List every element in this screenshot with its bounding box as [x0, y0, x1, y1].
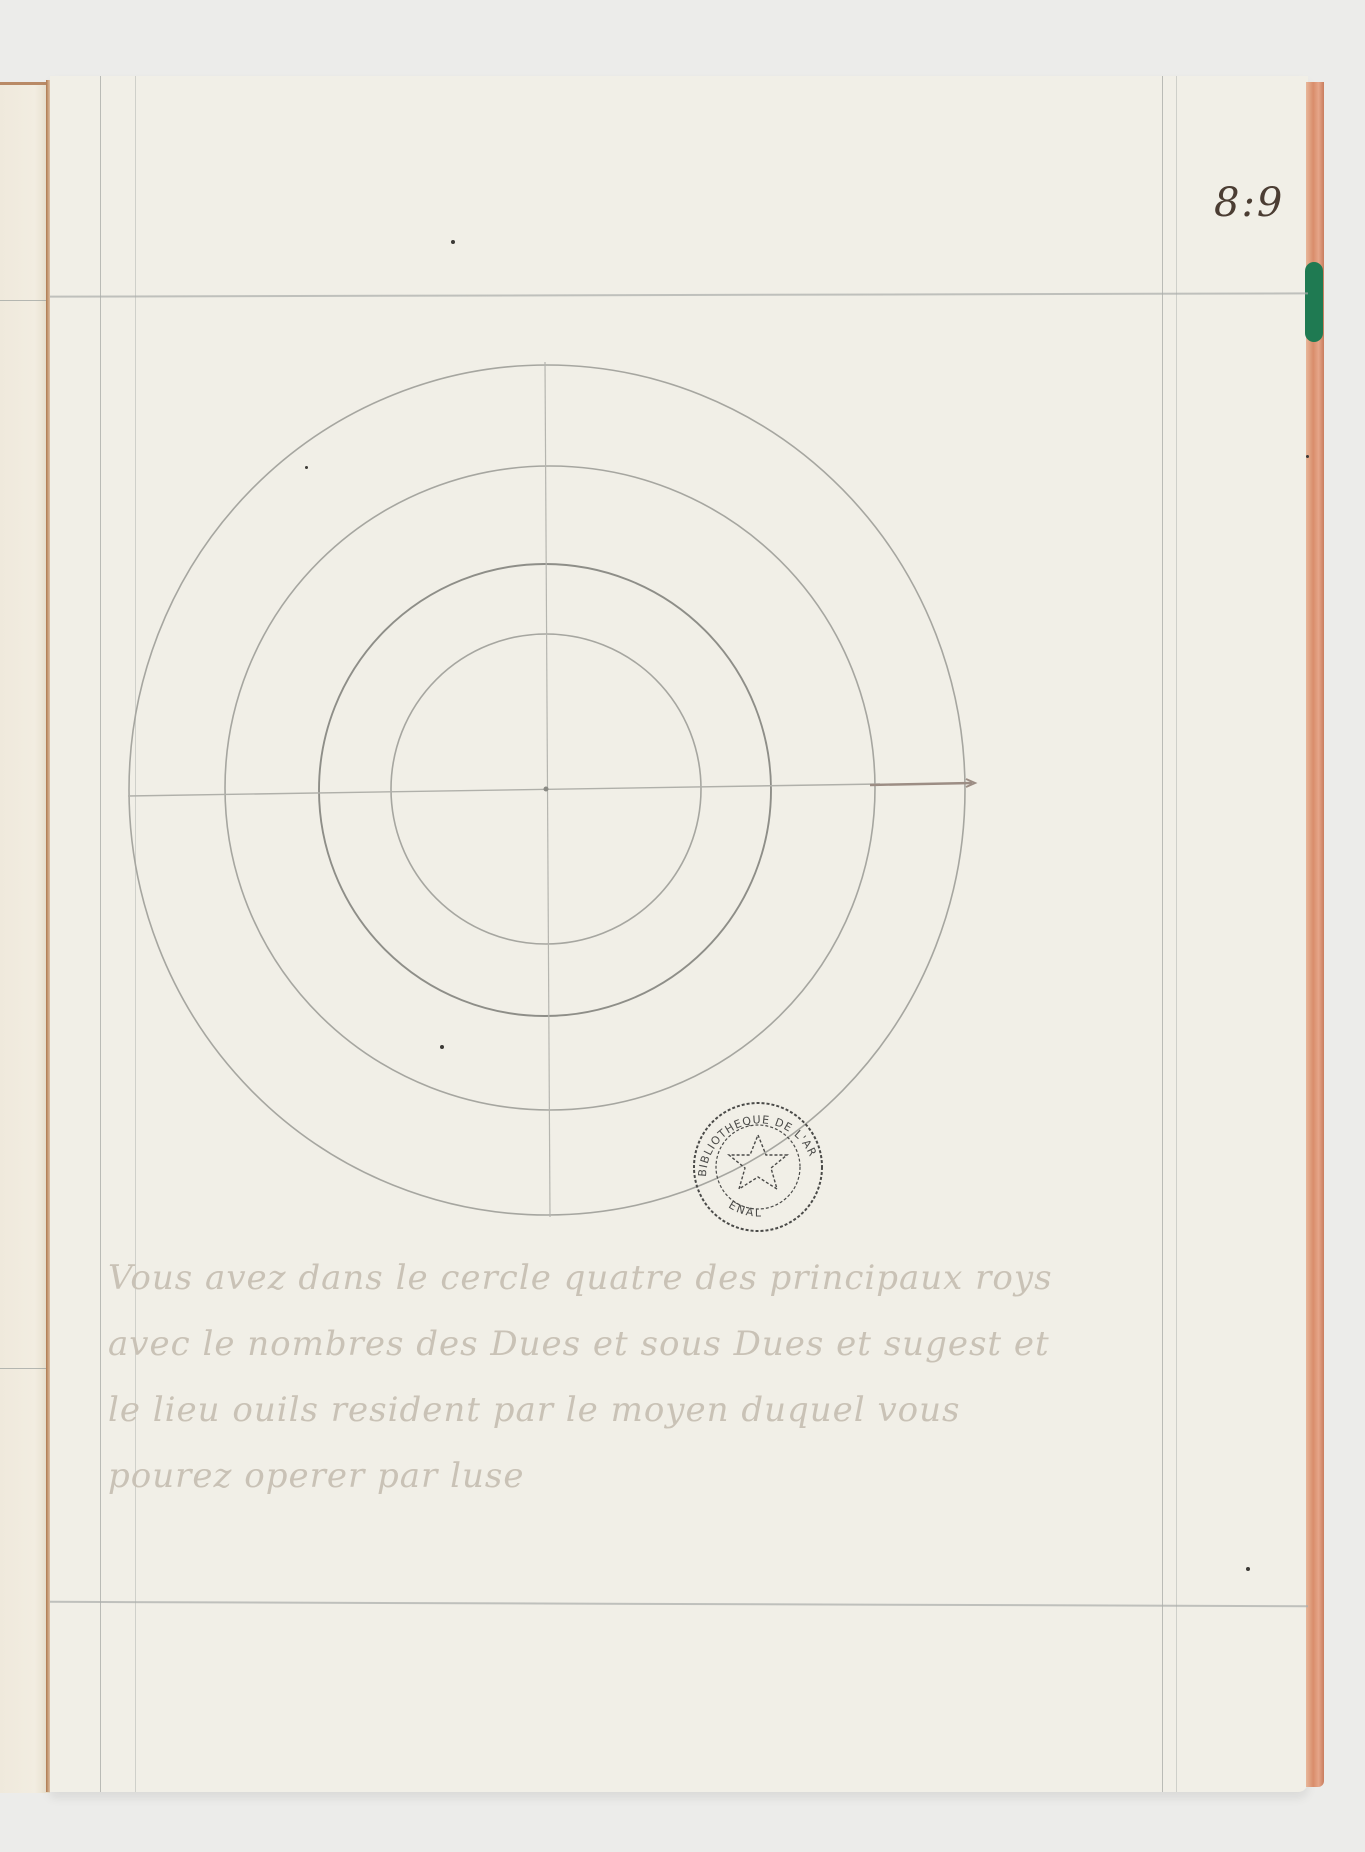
caption-line: pourez operer par luse	[108, 1443, 1168, 1509]
caption-line: Vous avez dans le cercle quatre des prin…	[108, 1245, 1168, 1311]
second-circle	[225, 466, 875, 1110]
svg-text:ENAL: ENAL	[726, 1198, 763, 1219]
stamp-text-bottom: ENAL	[726, 1198, 763, 1219]
caption-line: avec le nombres des Dues et sous Dues et…	[108, 1311, 1168, 1377]
star-icon	[729, 1135, 787, 1189]
library-stamp: BIBLIOTHEQUE DE L'ARS ENAL	[688, 1097, 828, 1237]
caption-line: le lieu ouils resident par le moyen duqu…	[108, 1377, 1168, 1443]
ink-speck	[451, 240, 455, 244]
ink-speck	[440, 1045, 444, 1049]
ink-speck	[1306, 455, 1309, 458]
ink-speck	[305, 466, 308, 469]
horizontal-axis	[128, 784, 880, 796]
axis-arrow-shaft	[870, 783, 972, 785]
handwritten-caption: Vous avez dans le cercle quatre des prin…	[108, 1245, 1168, 1509]
ink-speck	[1246, 1567, 1250, 1571]
center-point	[544, 787, 549, 792]
concentric-circles-diagram	[0, 0, 1365, 1852]
